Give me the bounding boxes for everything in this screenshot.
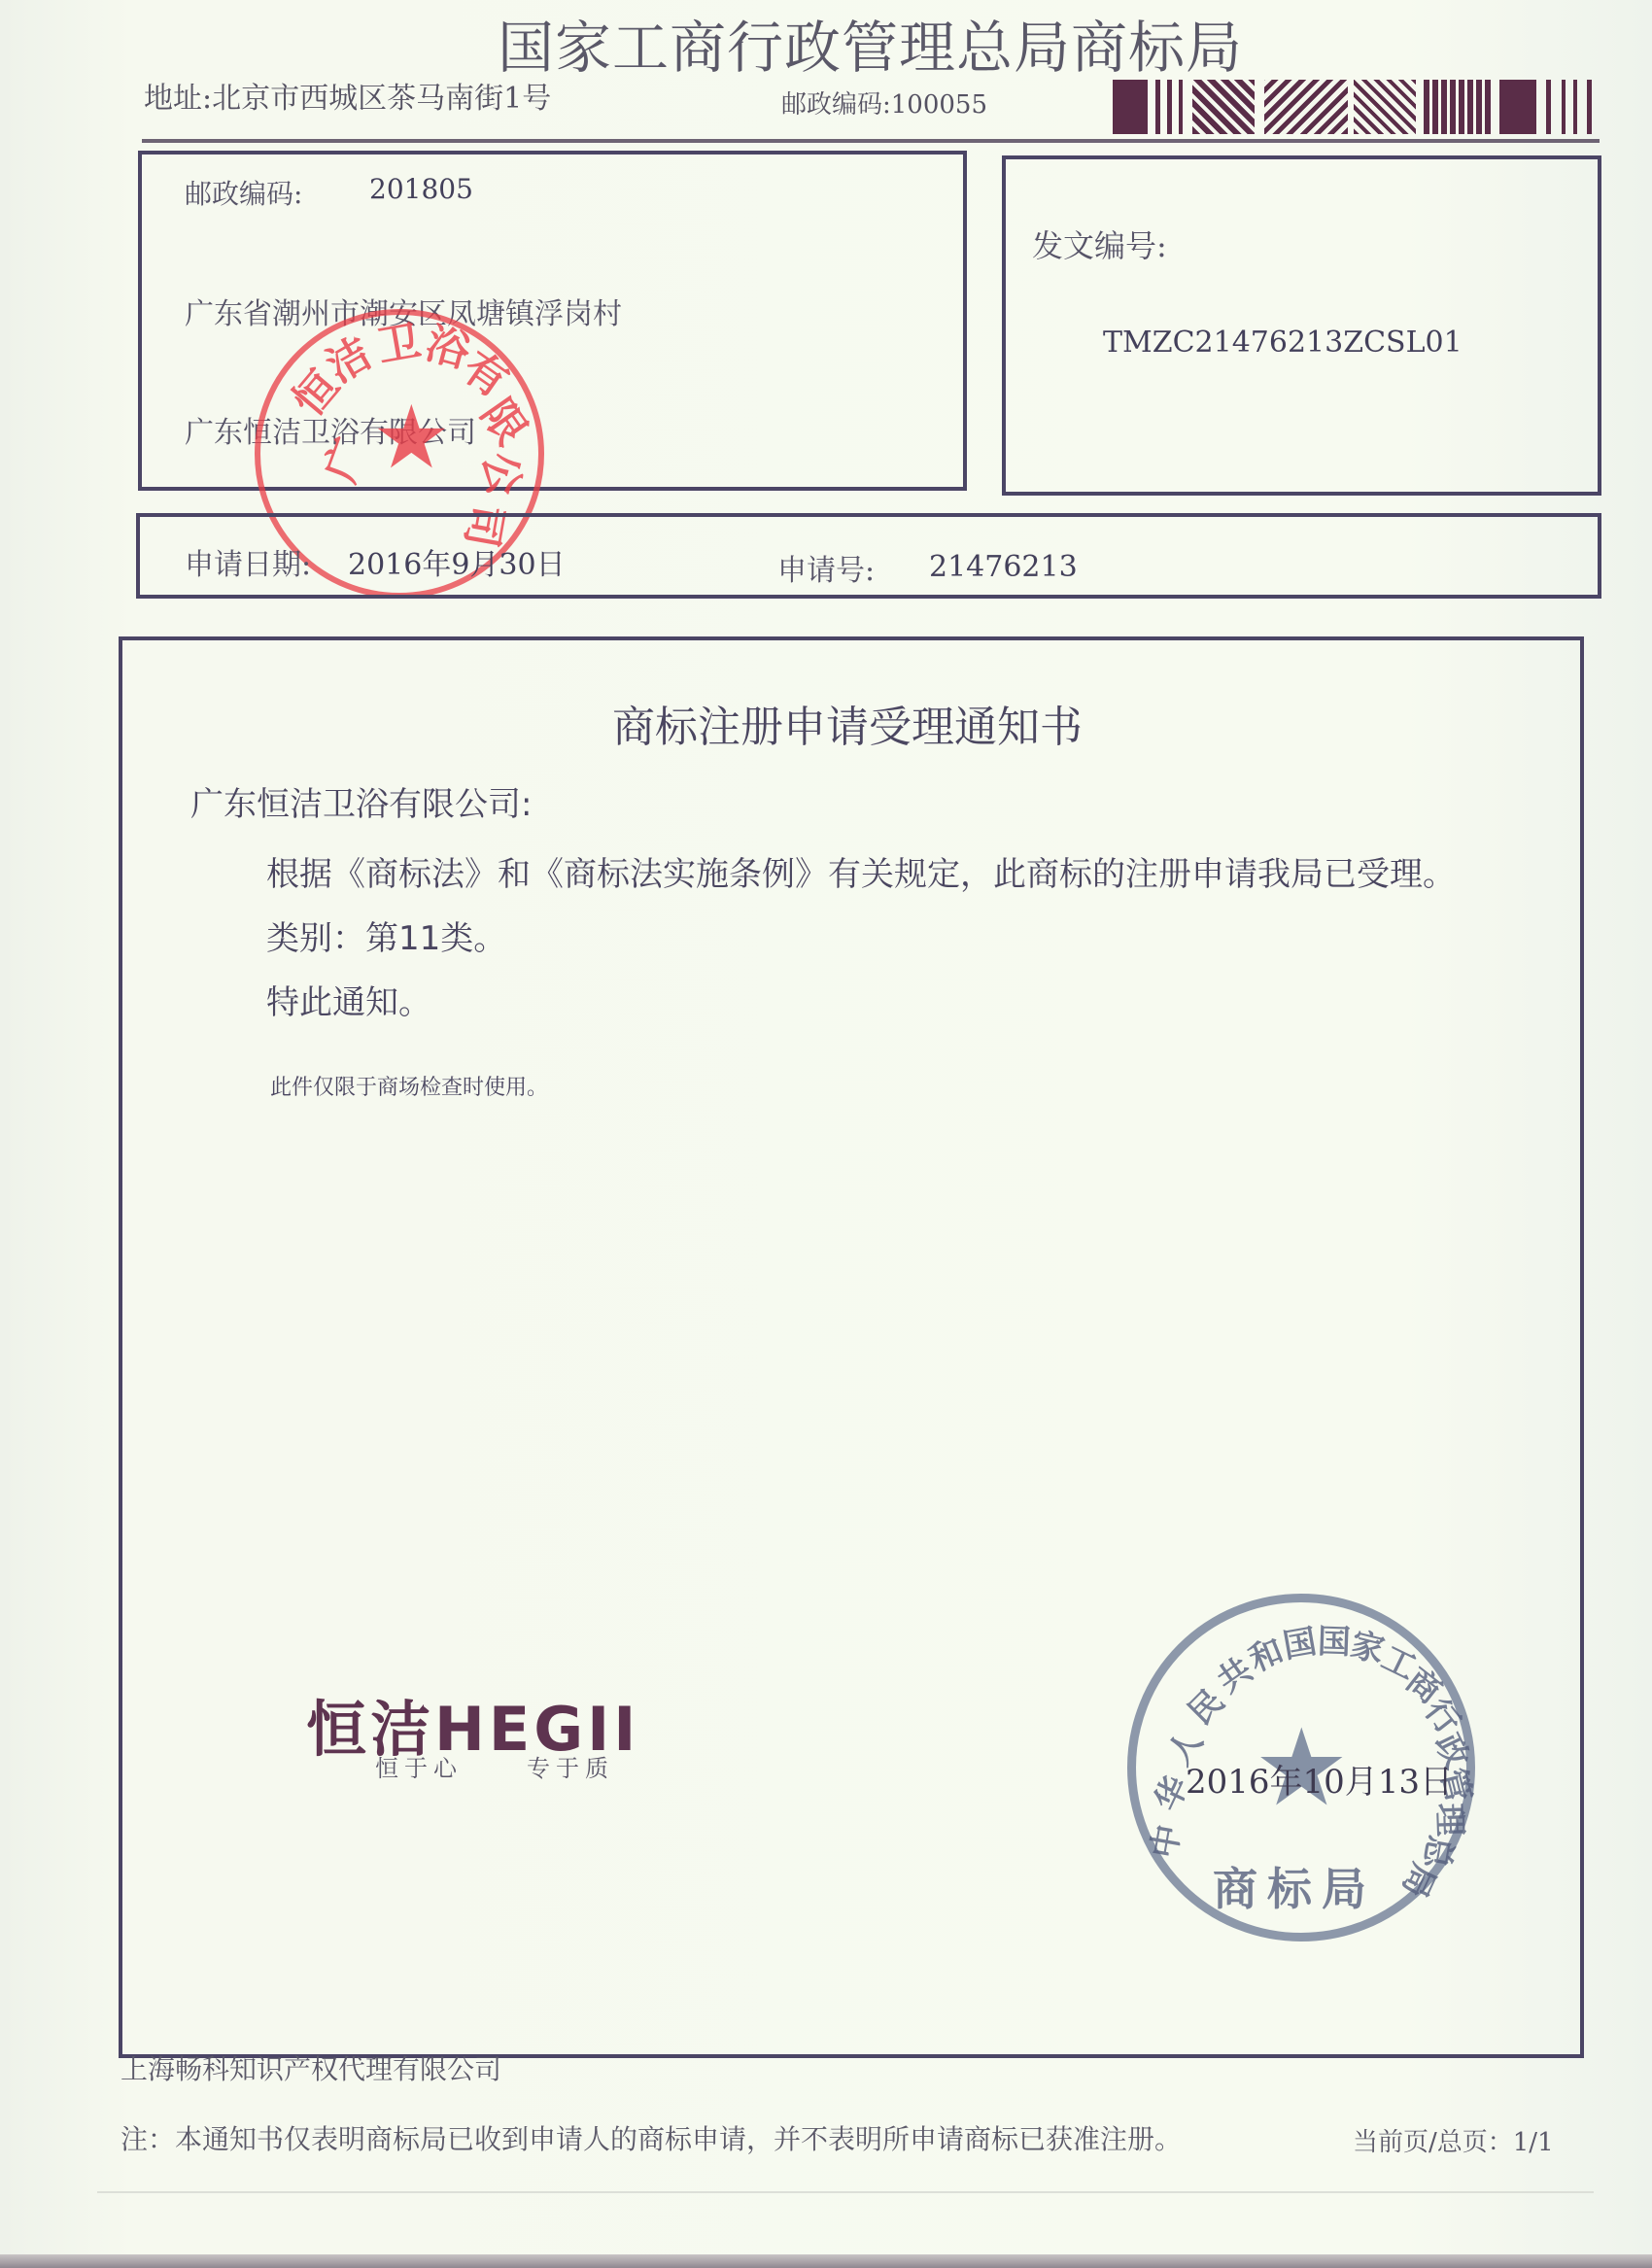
footer-note: 注：本通知书仅表明商标局已收到申请人的商标申请，并不表明所申请商标已获准注册。 <box>120 2118 1182 2157</box>
brand-tagline-2: 专于质 <box>527 1749 614 1783</box>
document-ref-label: 发文编号: <box>1032 222 1167 266</box>
seal-star-icon: ★ <box>372 387 451 489</box>
header-divider <box>142 139 1600 143</box>
recipient-postcode-value: 201805 <box>369 173 473 205</box>
application-date-label: 申请日期: <box>185 540 311 583</box>
issuer-title: 国家工商行政管理总局商标局 <box>498 2 1243 84</box>
page-indicator: 当前页/总页：1/1 <box>1353 2122 1554 2158</box>
application-number-label: 申请号: <box>777 546 875 589</box>
notice-title: 商标注册申请受理通知书 <box>612 692 1083 754</box>
recipient-postcode-label: 邮政编码: <box>185 173 302 212</box>
notice-closing: 特此通知。 <box>266 976 431 1023</box>
application-number-value: 21476213 <box>929 550 1078 584</box>
notice-class: 类别：第11类。 <box>266 911 506 959</box>
issue-date: 2016年10月13日 <box>1186 1755 1453 1803</box>
notice-restriction: 此件仅限于商场检查时使用。 <box>270 1071 548 1101</box>
official-seal-center: 商标局 <box>1213 1854 1376 1918</box>
2d-barcode-icon <box>1113 80 1599 134</box>
page-value: 1/1 <box>1513 2128 1554 2157</box>
application-date-value: 2016年9月30日 <box>348 540 566 583</box>
document-ref-value: TMZC21476213ZCSL01 <box>1103 326 1463 360</box>
brand-tagline-1: 恒于心 <box>375 1749 463 1783</box>
official-seal-char: 国 <box>1317 1614 1352 1663</box>
scan-edge <box>0 2254 1652 2268</box>
page-label: 当前页/总页： <box>1353 2128 1513 2157</box>
issuer-postcode: 邮政编码:100055 <box>781 85 987 120</box>
issuer-address: 地址:北京市西城区茶马南街1号 <box>144 74 551 117</box>
notice-paragraph: 根据《商标法》和《商标法实施条例》有关规定，此商标的注册申请我局已受理。 <box>266 847 1456 895</box>
notice-salutation: 广东恒洁卫浴有限公司: <box>190 777 532 825</box>
footer-divider <box>97 2191 1594 2193</box>
official-seal-char: 理 <box>1428 1803 1477 1838</box>
agent-name: 上海畅科知识产权代理有限公司 <box>120 2048 501 2087</box>
